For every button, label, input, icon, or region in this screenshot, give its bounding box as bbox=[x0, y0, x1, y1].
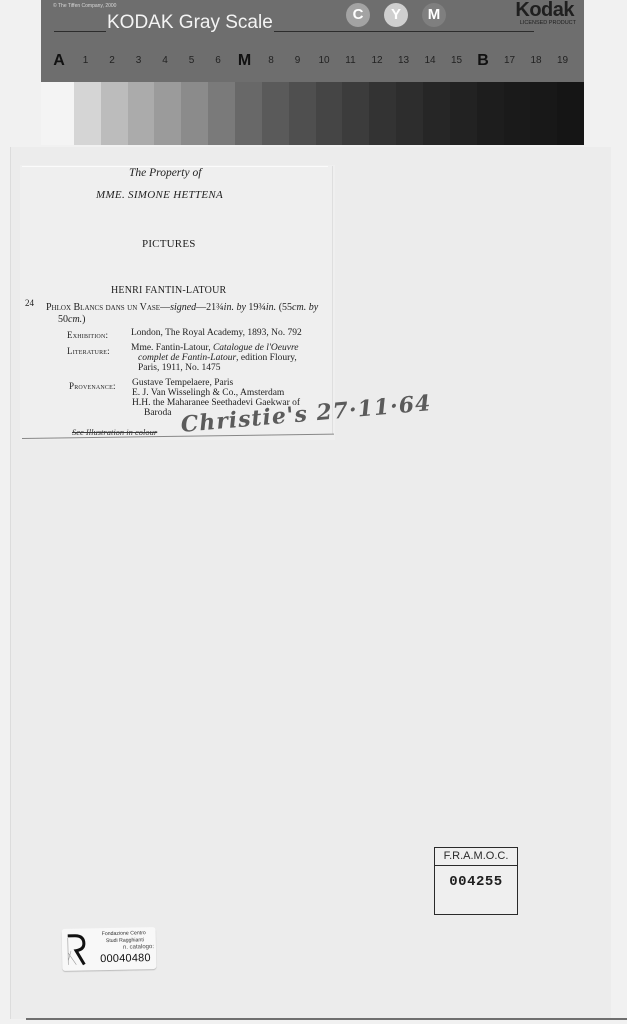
foundation-name-line-1: Fondazione Centro bbox=[102, 930, 146, 937]
provenance-line-4: Baroda bbox=[144, 408, 171, 418]
artist-name: HENRI FANTIN-LATOUR bbox=[111, 285, 226, 296]
gray-patch bbox=[396, 82, 423, 145]
gray-patch bbox=[316, 82, 343, 145]
property-line: The Property of bbox=[129, 167, 201, 179]
artwork-title-line-1: Phlox Blancs dans un Vase—signed—21¾in. … bbox=[46, 302, 318, 313]
foundation-catalogue-label: Fondazione Centro Studi Ragghianti n. ca… bbox=[62, 927, 157, 971]
scale-label: 18 bbox=[530, 55, 541, 66]
cyan-mark-icon: C bbox=[346, 3, 370, 27]
gray-patch bbox=[289, 82, 316, 145]
kodak-gray-scale-card: © The Tiffen Company, 2000 KODAK Gray Sc… bbox=[41, 0, 584, 145]
scale-label: 4 bbox=[162, 55, 168, 66]
gray-scale-header: © The Tiffen Company, 2000 KODAK Gray Sc… bbox=[41, 0, 584, 82]
gray-patch bbox=[477, 82, 504, 145]
copyright-text: © The Tiffen Company, 2000 bbox=[53, 3, 116, 9]
provenance-line-1: Gustave Tempelaere, Paris bbox=[132, 378, 233, 388]
literature-line-3: Paris, 1911, No. 1475 bbox=[138, 363, 221, 373]
provenance-line-2: E. J. Van Wisselingh & Co., Amsterdam bbox=[132, 388, 284, 398]
scale-label: 17 bbox=[504, 55, 515, 66]
catalogue-number: 00040480 bbox=[100, 952, 151, 965]
gray-patches bbox=[41, 82, 584, 145]
artwork-title: Phlox Blancs dans un Vase bbox=[46, 302, 160, 313]
gray-patch bbox=[74, 82, 101, 145]
gray-patch bbox=[208, 82, 235, 145]
gray-patch bbox=[342, 82, 369, 145]
artwork-title-line-2: 50cm.) bbox=[58, 314, 86, 325]
scale-label: 3 bbox=[136, 55, 142, 66]
scale-label: M bbox=[238, 52, 251, 70]
framoc-stamp: F.R.A.M.O.C. 004255 bbox=[434, 847, 518, 915]
gray-patch bbox=[154, 82, 181, 145]
gray-patch bbox=[41, 82, 74, 145]
scale-label: 19 bbox=[557, 55, 568, 66]
licensed-product-text: LICENSED PRODUCT bbox=[520, 20, 576, 26]
gray-patch bbox=[450, 82, 477, 145]
ragghianti-logo-icon bbox=[66, 932, 87, 966]
clipping-right-edge bbox=[332, 166, 333, 434]
scale-label: 6 bbox=[215, 55, 221, 66]
gray-patch bbox=[557, 82, 584, 145]
exhibition-value: London, The Royal Academy, 1893, No. 792 bbox=[131, 328, 302, 338]
gray-patch bbox=[181, 82, 208, 145]
artwork-details: —signed—21¾in. by 19¾in. (55cm. by bbox=[160, 302, 318, 313]
kodak-logo: Kodak bbox=[515, 0, 574, 22]
dimension-cont: 50cm.) bbox=[58, 314, 86, 325]
scale-label: 2 bbox=[109, 55, 115, 66]
illustration-note: See Illustration in colour bbox=[72, 427, 157, 437]
exhibition-label: Exhibition: bbox=[67, 330, 108, 340]
literature-label: Literature: bbox=[67, 346, 110, 356]
gray-patch bbox=[369, 82, 396, 145]
gray-patch bbox=[262, 82, 289, 145]
scale-label: 11 bbox=[345, 55, 355, 66]
scale-label: 5 bbox=[189, 55, 195, 66]
gray-patch bbox=[530, 82, 557, 145]
yellow-mark-icon: Y bbox=[384, 3, 408, 27]
scale-label: B bbox=[477, 52, 489, 70]
owner-name: MME. SIMONE HETTENA bbox=[96, 189, 223, 201]
gray-patch bbox=[423, 82, 450, 145]
lot-number: 24 bbox=[25, 298, 34, 308]
section-heading: PICTURES bbox=[142, 238, 196, 250]
literature-line-2: complet de Fantin-Latour, edition Floury… bbox=[138, 353, 297, 363]
scale-label: 15 bbox=[451, 55, 462, 66]
stamp-number: 004255 bbox=[435, 874, 517, 890]
literature-line-1: Mme. Fantin-Latour, Catalogue de l'Oeuvr… bbox=[131, 343, 299, 353]
scale-label: 10 bbox=[318, 55, 329, 66]
stamp-header: F.R.A.M.O.C. bbox=[435, 848, 517, 866]
gray-patch bbox=[504, 82, 531, 145]
scale-label: 8 bbox=[268, 55, 274, 66]
catalogue-number-label: n. catalogo: bbox=[123, 944, 154, 951]
scale-label: 13 bbox=[398, 55, 409, 66]
gray-patch bbox=[101, 82, 128, 145]
foundation-name-line-2: Studi Ragghianti bbox=[106, 937, 144, 944]
gray-patch bbox=[235, 82, 262, 145]
provenance-label: Provenance: bbox=[69, 381, 116, 391]
scale-label: 14 bbox=[424, 55, 435, 66]
scale-labels: A123456M89101112131415B171819 bbox=[41, 52, 584, 72]
gray-patch bbox=[128, 82, 155, 145]
paper-bottom-edge bbox=[26, 1018, 627, 1020]
scale-label: 12 bbox=[371, 55, 382, 66]
scale-label: 9 bbox=[295, 55, 301, 66]
scale-label: A bbox=[53, 52, 65, 70]
gray-scale-title: KODAK Gray Scale bbox=[106, 12, 274, 34]
scale-label: 1 bbox=[83, 55, 89, 66]
magenta-mark-icon: M bbox=[422, 3, 446, 27]
